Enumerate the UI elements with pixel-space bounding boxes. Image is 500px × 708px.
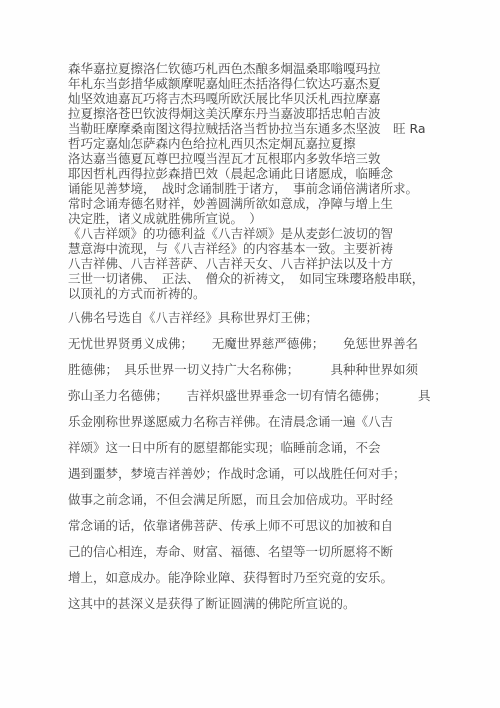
- text-line: 以顶礼的方式而祈祷的。: [68, 286, 480, 301]
- transliteration-block: 森华嘉拉夏擦洛仁钦德巧札西色杰酿多炯温桑耶嗡嘎玛拉 年札东当彭措华威额摩呢嘉灿旺…: [68, 61, 480, 301]
- text-line: 灿坚效迪嘉瓦巧将吉杰玛嘎所欧沃展比华贝沃札西拉摩嘉: [68, 91, 480, 106]
- text-line: 当勒旺摩摩桑南图这得拉贼括洛当哲协拉当东通多杰坚波 旺 Ra: [68, 121, 480, 136]
- text-line: 诵能见善梦境， 战时念诵制胜于诸方， 事前念诵倍满诸所求。: [68, 181, 480, 196]
- text-line: 常时念诵寿德名财祥，妙善圆满所欲如意成，净障与增上生: [68, 196, 480, 211]
- benefits-block: 八佛名号选自《八吉祥经》具称世界灯王佛； 无忧世界贤勇义成佛； 无魔世界慈严德佛…: [68, 305, 480, 617]
- text-line: 拉夏擦洛苍巴钦波得炯这美沃摩东丹当嘉波耶括忠帕吉波: [68, 106, 480, 121]
- text-line: 耶因哲札西得拉彭森措巴效（晨起念诵此日诸愿成，临睡念: [68, 166, 480, 181]
- text-line: 八吉祥佛、八吉祥菩萨、八吉祥天女、八吉祥护法以及十方: [68, 256, 480, 271]
- text-line: 森华嘉拉夏擦洛仁钦德巧札西色杰酿多炯温桑耶嗡嘎玛拉: [68, 61, 480, 76]
- text-line: 这其中的甚深义是获得了断证圆满的佛陀所宣说的。: [68, 591, 480, 617]
- text-line: 洛达嘉当德夏瓦尊巴拉嘎当涅瓦才瓦根耶内多敦华培三敦: [68, 151, 480, 166]
- text-line: 乐金刚称世界遂愿威力名称吉祥佛。在清晨念诵一遍《八吉: [68, 409, 480, 435]
- document-page: 森华嘉拉夏擦洛仁钦德巧札西色杰酿多炯温桑耶嗡嘎玛拉 年札东当彭措华威额摩呢嘉灿旺…: [0, 0, 500, 708]
- text-line: 遇到噩梦，梦境吉祥善妙；作战时念诵，可以战胜任何对手；: [68, 461, 480, 487]
- text-line: 决定胜，诸义成就胜佛所宣说。 ）: [68, 211, 480, 226]
- text-line: 三世一切诸佛、 正法、 僧众的祈祷文， 如同宝珠璎珞般串联，: [68, 271, 480, 286]
- text-line: 己的信心相连，寿命、财富、福德、名望等一切所愿将不断: [68, 539, 480, 565]
- text-line: 八佛名号选自《八吉祥经》具称世界灯王佛；: [68, 305, 480, 331]
- text-line: 哲巧定嘉灿怎萨森内色给拉札西贝杰定炯瓦嘉拉夏擦: [68, 136, 480, 151]
- text-line: 祥颂》这一日中所有的愿望都能实现；临睡前念诵，不会: [68, 435, 480, 461]
- text-line: 年札东当彭措华威额摩呢嘉灿旺杰括洛得仁钦达巧嘉杰夏: [68, 76, 480, 91]
- text-line: 慧意海中流现，与《八吉祥经》的内容基本一致。主要祈祷: [68, 241, 480, 256]
- text-line: 做事之前念诵，不但会满足所愿，而且会加倍成功。平时经: [68, 487, 480, 513]
- text-line: 胜德佛； 具乐世界一切义持广大名称佛； 具种种世界如须: [68, 357, 480, 383]
- text-line: 弥山圣力名德佛； 吉祥炽盛世界垂念一切有情名德佛； 具: [68, 383, 480, 409]
- text-line: 《八吉祥颂》的功德利益《八吉祥颂》是从麦彭仁波切的智: [68, 226, 480, 241]
- text-line: 常念诵的话，依靠诸佛菩萨、传承上师不可思议的加被和自: [68, 513, 480, 539]
- text-line: 增上，如意成办。能净除业障、获得暂时乃至究竟的安乐。: [68, 565, 480, 591]
- text-line: 无忧世界贤勇义成佛； 无魔世界慈严德佛； 免惩世界善名: [68, 331, 480, 357]
